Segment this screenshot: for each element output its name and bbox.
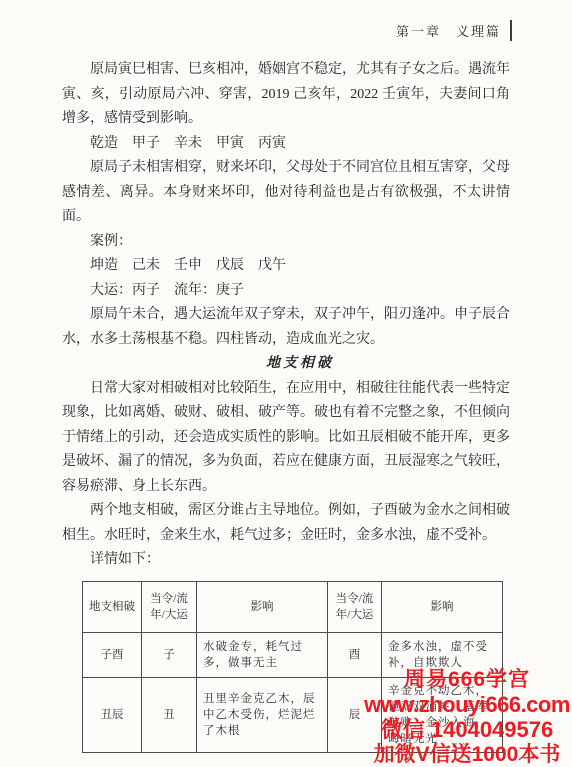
cell-dominant: 子 <box>142 632 197 677</box>
cell-dominant: 丑 <box>142 677 197 752</box>
paragraph: 日常大家对相破相对比较陌生，在应用中，相破往往能代表一些特定现象，比如离婚、破财… <box>62 377 510 500</box>
watermark-block: 周易666学宫 www.zhouyi666.com 微信 1404049576 … <box>352 667 572 767</box>
paragraph: 原局午未合，遇大运流年双子穿未，双子冲午，阳刃逢冲。申子辰合水，水多土荡根基不稳… <box>62 303 510 352</box>
paragraph: 原局寅巳相害、巳亥相冲，婚姻宫不稳定，尤其有子女之后。遇流年寅、亥，引动原局六冲… <box>62 58 510 132</box>
col-header-pair: 地支相破 <box>83 581 142 632</box>
paragraph-bazi-chart: 坤造 己未 壬申 戊辰 戊午 <box>62 254 510 279</box>
col-header-dominant: 当令/流年/大运 <box>142 581 197 632</box>
section-title: 地支相破 <box>62 352 510 377</box>
cell-pair: 子酉 <box>83 632 142 677</box>
paragraph: 原局子未相害相穿，财来坏印，父母处于不同宫位且相互害穿，父母感情差、离异。本身财… <box>62 156 510 230</box>
book-page: 第一章 义理篇 原局寅巳相害、巳亥相冲，婚姻宫不稳定，尤其有子女之后。遇流年寅、… <box>0 0 572 767</box>
paragraph-luck-cycle: 大运：丙子 流年：庚子 <box>62 279 510 304</box>
paragraph-details-label: 详情如下： <box>62 548 510 573</box>
watermark-promo-text: 加微V信送1000本书 <box>352 742 572 767</box>
chapter-title: 第一章 义理篇 <box>396 21 501 40</box>
page-body-text: 原局寅巳相害、巳亥相冲，婚姻宫不稳定，尤其有子女之后。遇流年寅、亥，引动原局六冲… <box>62 58 510 753</box>
paragraph: 两个地支相破，需区分谁占主导地位。例如，子酉破为金水之间相破相生。水旺时，金来生… <box>62 499 510 548</box>
paragraph-case-label: 案例： <box>62 230 510 255</box>
watermark-wechat-id: 微信 1404049576 <box>352 717 572 742</box>
cell-effect: 水破金专，耗气过多，做事无主 <box>197 632 328 677</box>
col-header-dominant: 当令/流年/大运 <box>328 581 382 632</box>
table-header-row: 地支相破 当令/流年/大运 影响 当令/流年/大运 影响 <box>83 581 503 632</box>
header-divider-bar <box>510 20 512 41</box>
cell-effect: 丑里辛金克乙木，辰中乙木受伤，烂泥烂了木根 <box>197 677 328 752</box>
running-header: 第一章 义理篇 <box>396 20 512 41</box>
watermark-url: www.zhouyi666.com <box>352 692 572 717</box>
col-header-effect: 影响 <box>382 581 503 632</box>
paragraph-bazi-chart: 乾造 甲子 辛未 甲寅 丙寅 <box>62 132 510 157</box>
watermark-site-name: 周易666学宫 <box>352 667 572 692</box>
col-header-effect: 影响 <box>197 581 328 632</box>
cell-pair: 丑辰 <box>83 677 142 752</box>
